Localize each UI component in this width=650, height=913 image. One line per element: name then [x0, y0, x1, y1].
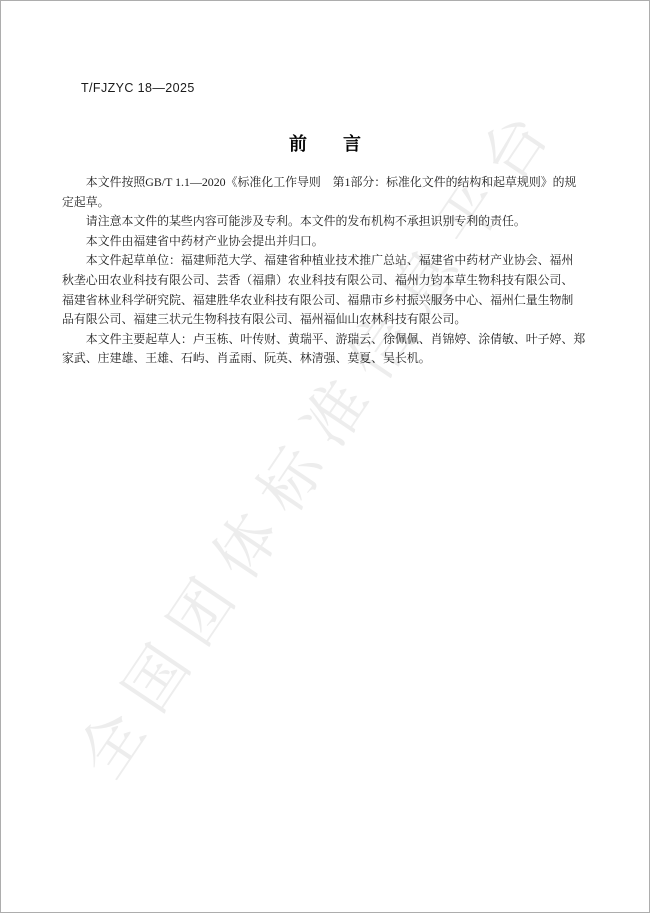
foreword-paragraph-drafters: 本文件主要起草人：卢玉栋、叶传财、黄瑞平、游瑞云、徐佩佩、肖锦婷、涂倩敏、叶子婷… — [62, 330, 592, 369]
document-code: T/FJZYC 18—2025 — [81, 81, 195, 95]
foreword-paragraph-proposing-body: 本文件由福建省中药材产业协会提出并归口。 — [62, 232, 592, 252]
foreword-body: 本文件按照GB/T 1.1—2020《标准化工作导则 第1部分：标准化文件的结构… — [62, 173, 592, 369]
foreword-paragraph-drafting-organizations: 本文件起草单位：福建师范大学、福建省种植业技术推广总站、福建省中药材产业协会、福… — [62, 251, 592, 329]
page-title: 前 言 — [1, 130, 649, 156]
foreword-paragraph-drafting-rules: 本文件按照GB/T 1.1—2020《标准化工作导则 第1部分：标准化文件的结构… — [62, 173, 592, 212]
foreword-paragraph-patent-notice: 请注意本文件的某些内容可能涉及专利。本文件的发布机构不承担识别专利的责任。 — [62, 212, 592, 232]
standard-document-page: 全国团体标准信息平台 T/FJZYC 18—2025 前 言 本文件按照GB/T… — [0, 0, 650, 913]
